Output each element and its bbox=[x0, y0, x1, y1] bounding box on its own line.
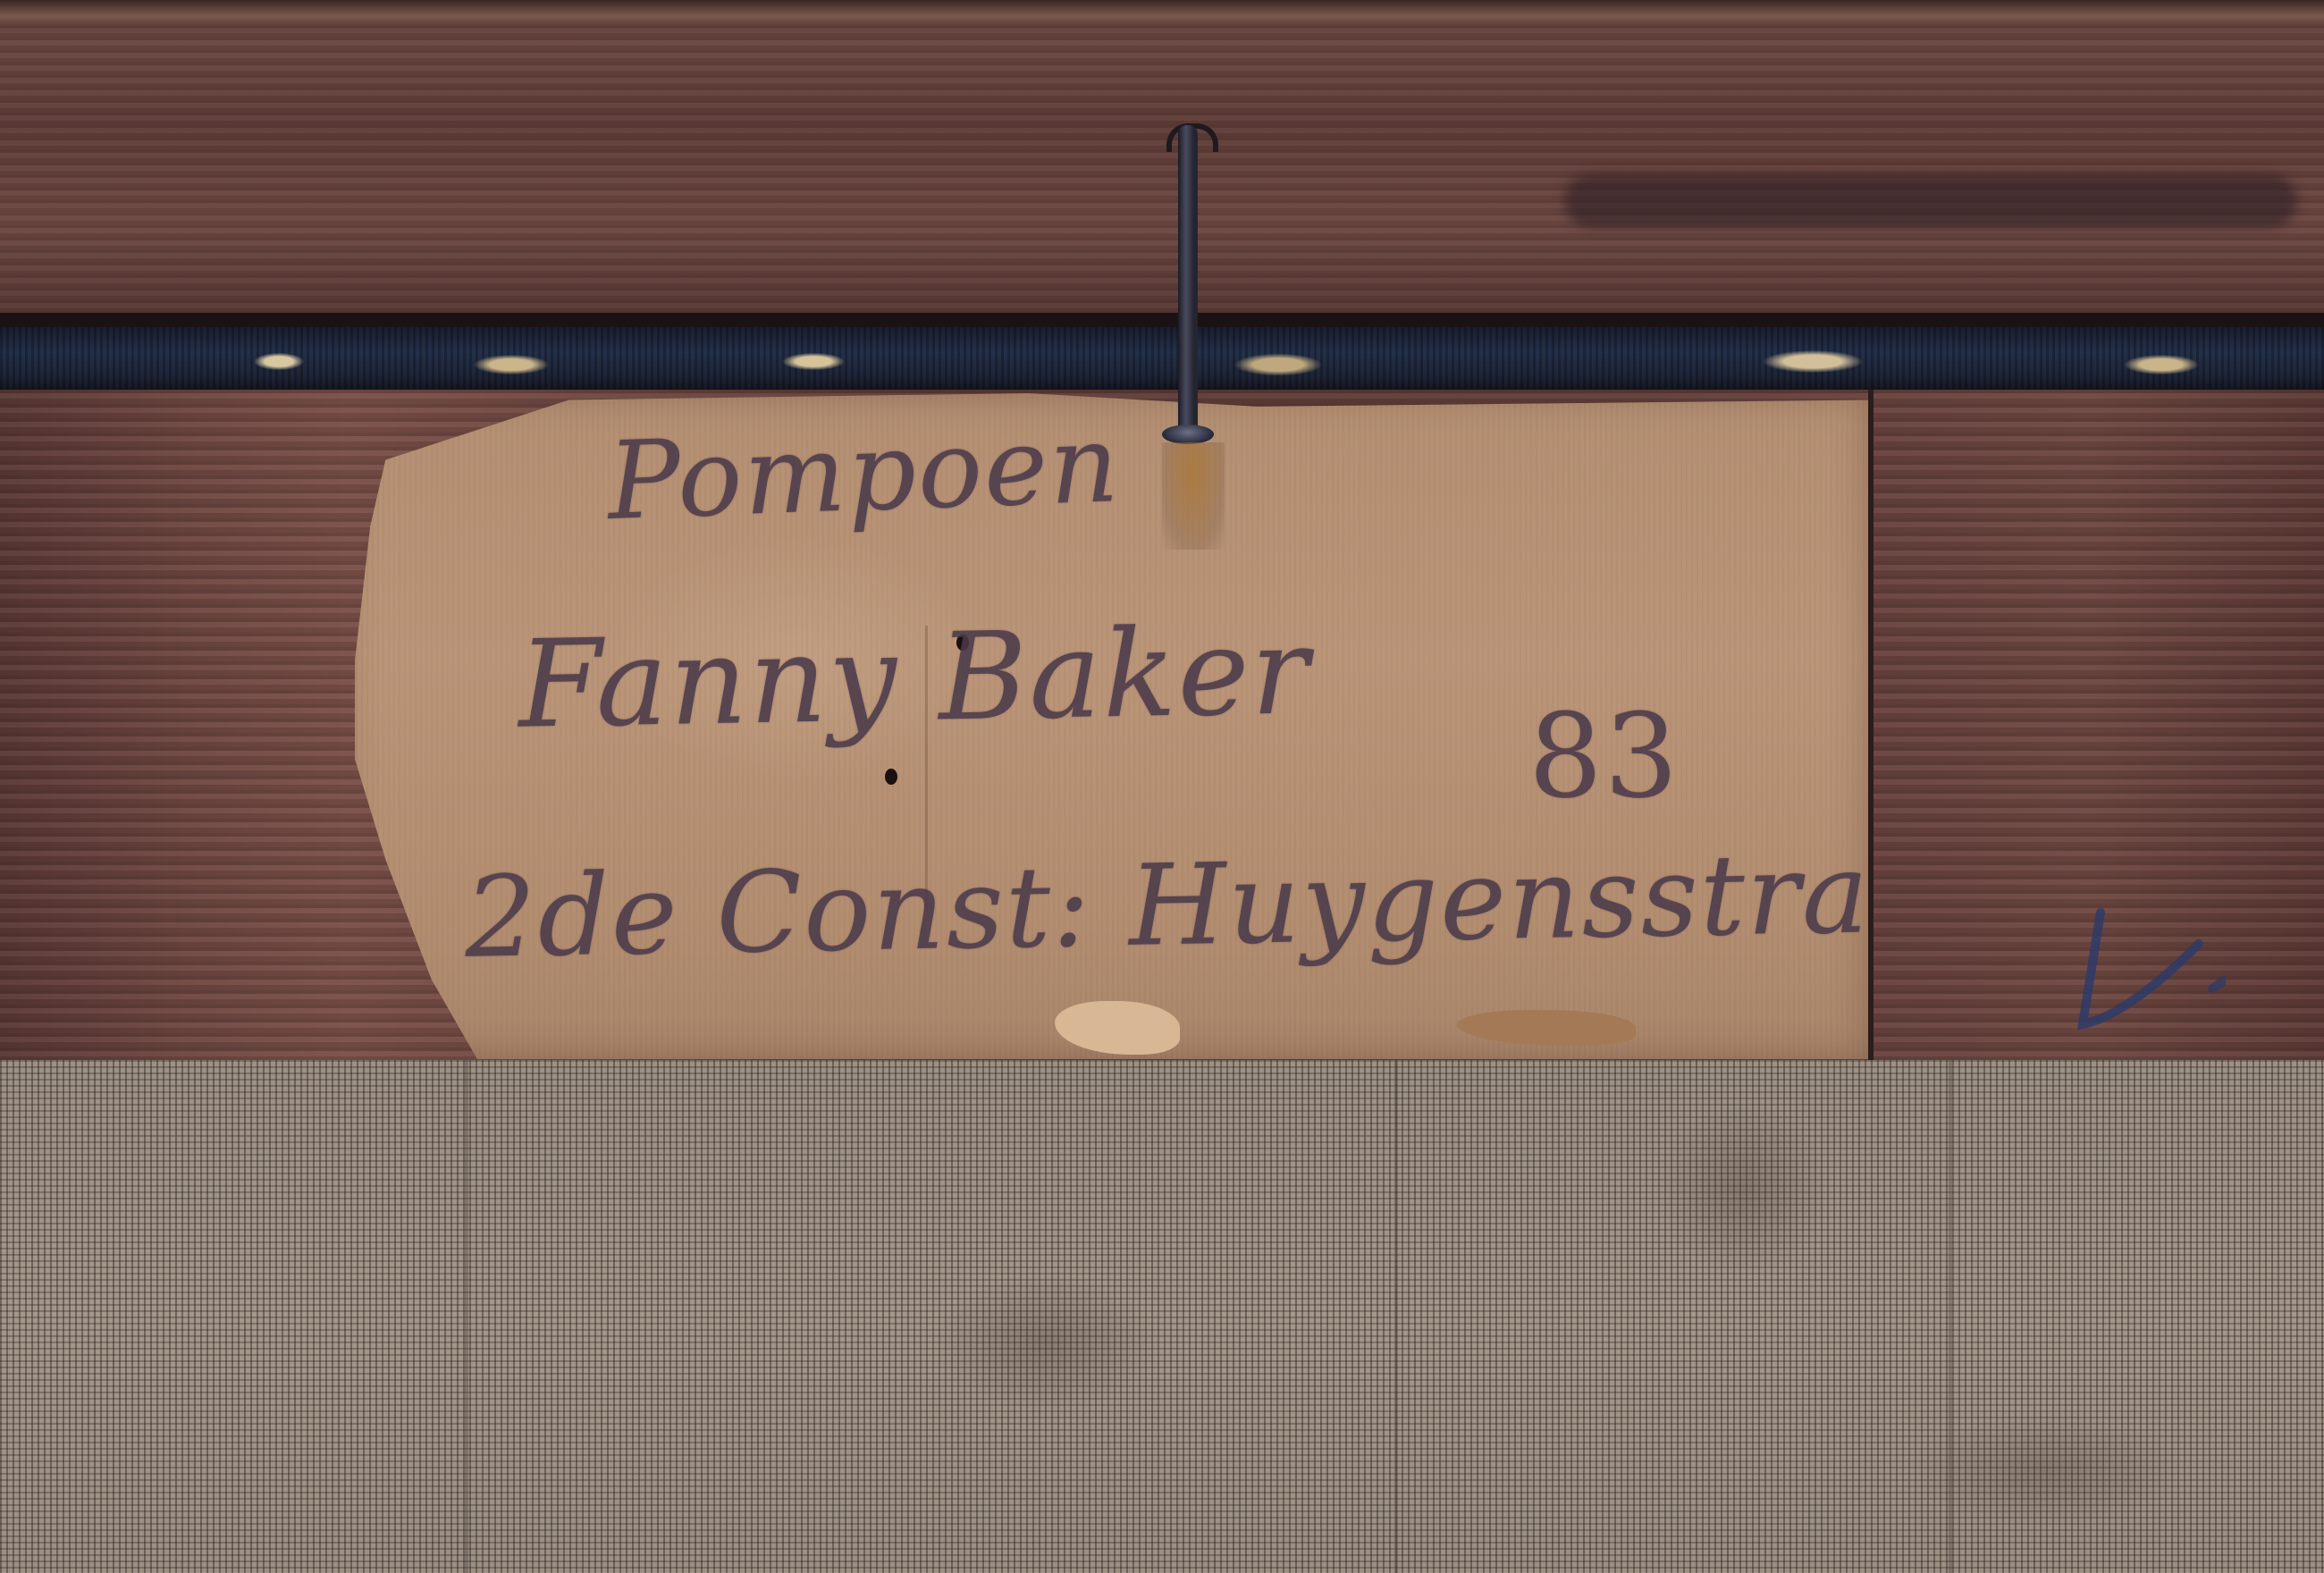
wood-stain bbox=[1564, 174, 2297, 228]
rust-stain bbox=[1162, 442, 1225, 550]
canvas-seam bbox=[1394, 1060, 1398, 1573]
label-address: 2de Const: Huygensstraat bbox=[464, 827, 1986, 983]
stretcher-joint bbox=[1868, 390, 1874, 1060]
gilded-moulding-strip bbox=[0, 327, 2324, 390]
label-number: 83 bbox=[1528, 688, 1680, 824]
nail-icon bbox=[1178, 125, 1198, 438]
label-title: Pompoen bbox=[606, 402, 1123, 544]
nail-head-icon bbox=[1162, 425, 1214, 444]
frame-lip bbox=[0, 0, 2324, 27]
nail-hole bbox=[885, 769, 897, 785]
canvas-back bbox=[0, 1060, 2324, 1573]
blue-chalk-mark-icon bbox=[2047, 890, 2226, 1069]
handwritten-label: Pompoen Fanny Baker 2de Const: Huygensst… bbox=[340, 393, 1868, 1059]
paper-tear bbox=[1457, 1010, 1636, 1046]
canvas-seam bbox=[1949, 1060, 1952, 1573]
canvas-seam bbox=[465, 1060, 468, 1573]
paper-tear bbox=[1055, 1001, 1180, 1055]
frame-top-rail bbox=[0, 0, 2324, 322]
frame-gap bbox=[0, 313, 2324, 327]
label-name: Fanny Baker bbox=[518, 601, 1312, 754]
